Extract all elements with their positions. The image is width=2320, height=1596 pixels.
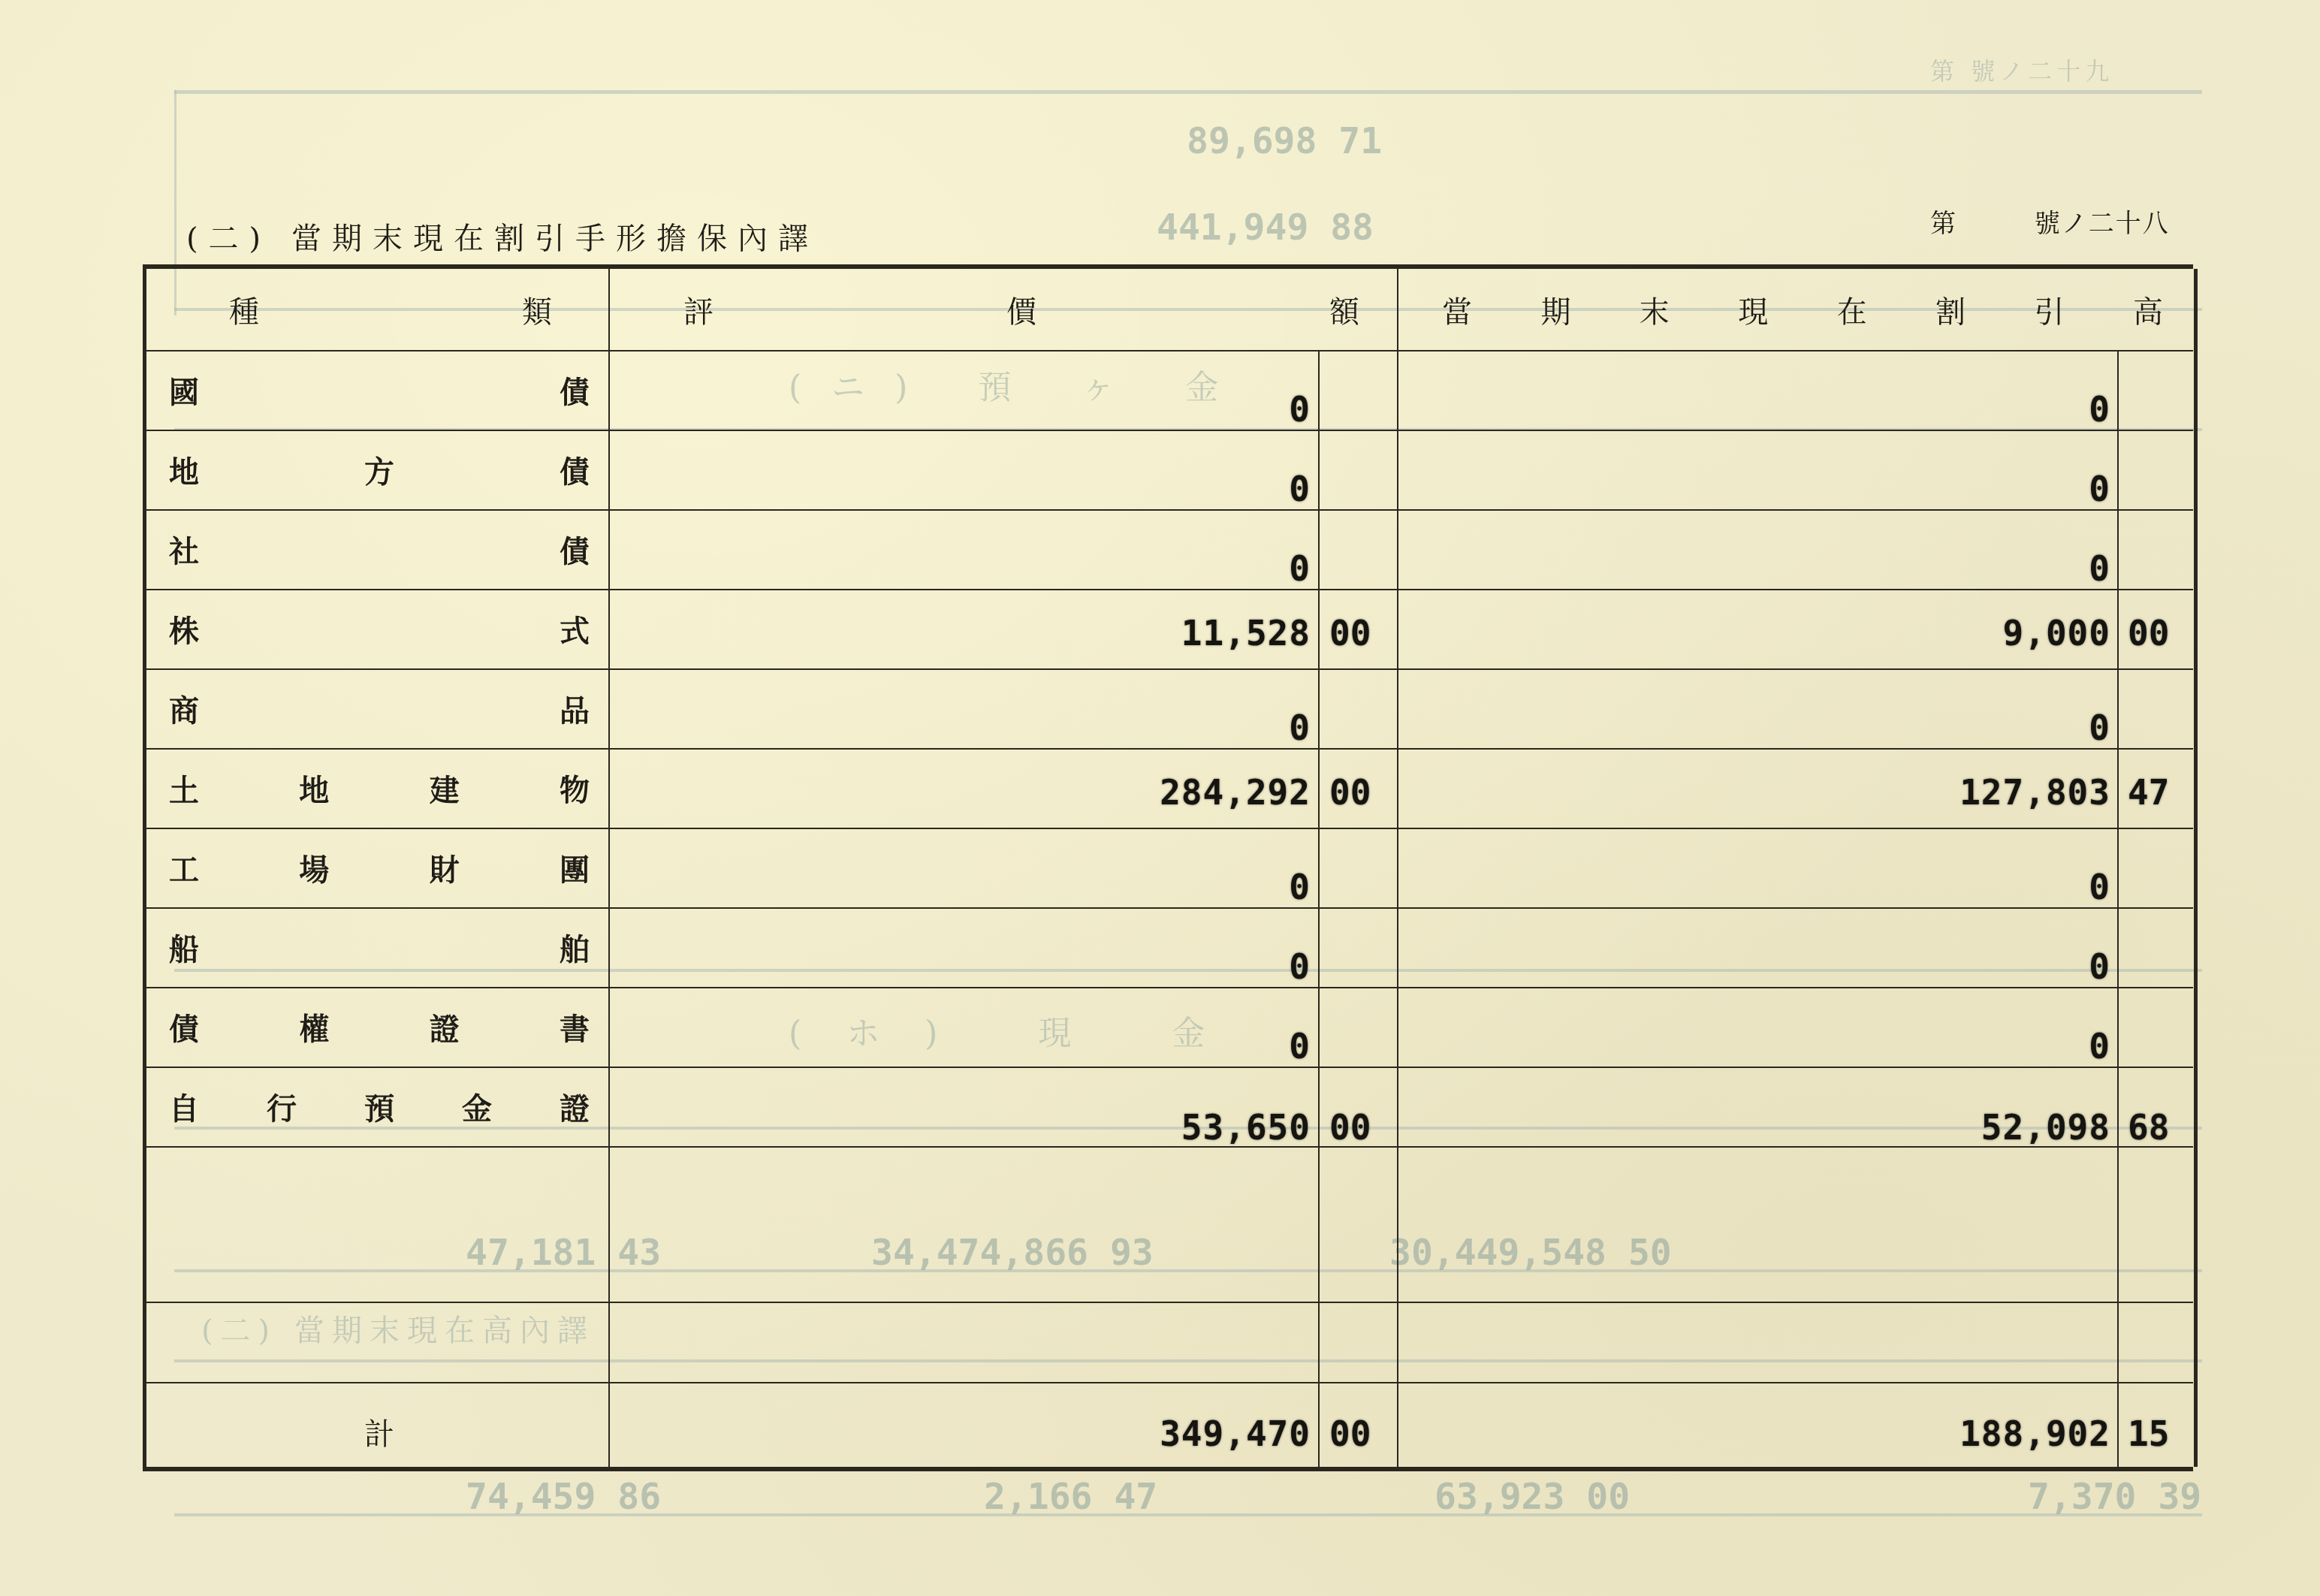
discount-yen: 0	[1836, 1026, 2110, 1067]
discount-yen: 0	[1836, 469, 2110, 509]
row-rule	[146, 1146, 2193, 1148]
discount-sen: 47	[2128, 772, 2169, 813]
header-valuation: 評 價 額	[683, 269, 1359, 350]
discount-yen: 0	[1836, 389, 2110, 430]
discount-yen: 9,000	[1836, 613, 2110, 653]
valuation-sen: 00	[1329, 1107, 1371, 1148]
total-row: 計 349,470 00 188,902 15	[146, 1382, 2193, 1462]
row-category: 地 方 債	[169, 430, 590, 509]
valuation-sen: 00	[1329, 772, 1371, 813]
row-category: 自 行 預 金 證	[169, 1067, 590, 1146]
row-category: 商 品	[169, 668, 590, 748]
bleed-number: 63,923 00	[1435, 1476, 1630, 1518]
row-category: 工 場 財 團	[169, 828, 590, 907]
bleed-rule	[174, 90, 2202, 94]
row-category: 株 式	[169, 589, 590, 668]
row-category: 債 權 證 書	[169, 987, 590, 1067]
section-title: (二) 當期末現在割引手形擔保內譯	[186, 215, 819, 258]
valuation-yen: 0	[1040, 946, 1311, 987]
valuation-yen: 0	[1040, 469, 1311, 509]
table-right-border	[2194, 269, 2198, 1467]
row-category: 社 債	[169, 509, 590, 589]
valuation-yen: 0	[1040, 1026, 1311, 1067]
row-category: 土 地 建 物	[169, 748, 590, 828]
valuation-sen: 00	[1329, 613, 1371, 653]
total-discount-yen: 188,902	[1836, 1413, 2110, 1454]
row-category: 國 債	[169, 350, 590, 430]
table-row: 債 權 證 書 0 0	[146, 987, 2193, 1067]
total-valuation-yen: 349,470	[1040, 1413, 1311, 1454]
discount-yen: 127,803	[1836, 772, 2110, 813]
bleed-number: 2,166 47	[984, 1476, 1157, 1518]
discount-yen: 0	[1836, 548, 2110, 589]
total-discount-sen: 15	[2128, 1413, 2169, 1454]
page-number-value: 號ノ二十八	[2035, 209, 2170, 239]
valuation-yen: 284,292	[1040, 772, 1311, 813]
discount-yen: 0	[1836, 707, 2110, 748]
page-number-prefix: 第	[1930, 209, 1957, 239]
collateral-breakdown-table: 種 類 評 價 額 當 期 末 現 在 割 引 高 國 債 0 0 地 方 債 …	[143, 264, 2193, 1471]
valuation-yen: 11,528	[1040, 613, 1311, 653]
header-category: 種 類	[229, 269, 552, 350]
valuation-yen: 53,650	[1040, 1107, 1311, 1148]
table-row: 船 舶 0 0	[146, 907, 2193, 987]
discount-sen: 00	[2128, 613, 2169, 653]
table-row: 自 行 預 金 證 53,650 00 52,098 68	[146, 1067, 2193, 1146]
bleed-number: 89,698 71	[1187, 120, 1382, 162]
table-row: 工 場 財 團 0 0	[146, 828, 2193, 907]
table-row: 地 方 債 0 0	[146, 430, 2193, 509]
discount-yen: 0	[1836, 867, 2110, 907]
page-number: 第 號ノ二十八	[1930, 203, 2170, 240]
row-category: 船 舶	[169, 907, 590, 987]
table-row: 國 債 0 0	[146, 350, 2193, 430]
valuation-yen: 0	[1040, 707, 1311, 748]
discount-sen: 68	[2128, 1107, 2169, 1148]
bleed-number: 441,949 88	[1157, 207, 1374, 249]
header-discount-balance: 當 期 末 現 在 割 引 高	[1442, 269, 2163, 350]
discount-yen: 0	[1836, 946, 2110, 987]
valuation-yen: 0	[1040, 548, 1311, 589]
table-row: 株 式 11,528 00 9,000 00	[146, 589, 2193, 668]
discount-yen: 52,098	[1836, 1107, 2110, 1148]
table-row: 土 地 建 物 284,292 00 127,803 47	[146, 748, 2193, 828]
bleed-page-number: 第 號ノ二十九	[1930, 53, 2113, 87]
bleed-number: 7,370 39	[2028, 1476, 2201, 1518]
table-row: 商 品 0 0	[146, 668, 2193, 748]
row-rule	[146, 1302, 2193, 1303]
bleed-number: 74,459 86	[466, 1476, 661, 1518]
valuation-yen: 0	[1040, 389, 1311, 430]
total-valuation-sen: 00	[1329, 1413, 1371, 1454]
table-row: 社 債 0 0	[146, 509, 2193, 589]
valuation-yen: 0	[1040, 867, 1311, 907]
total-label: 計	[364, 1410, 394, 1453]
